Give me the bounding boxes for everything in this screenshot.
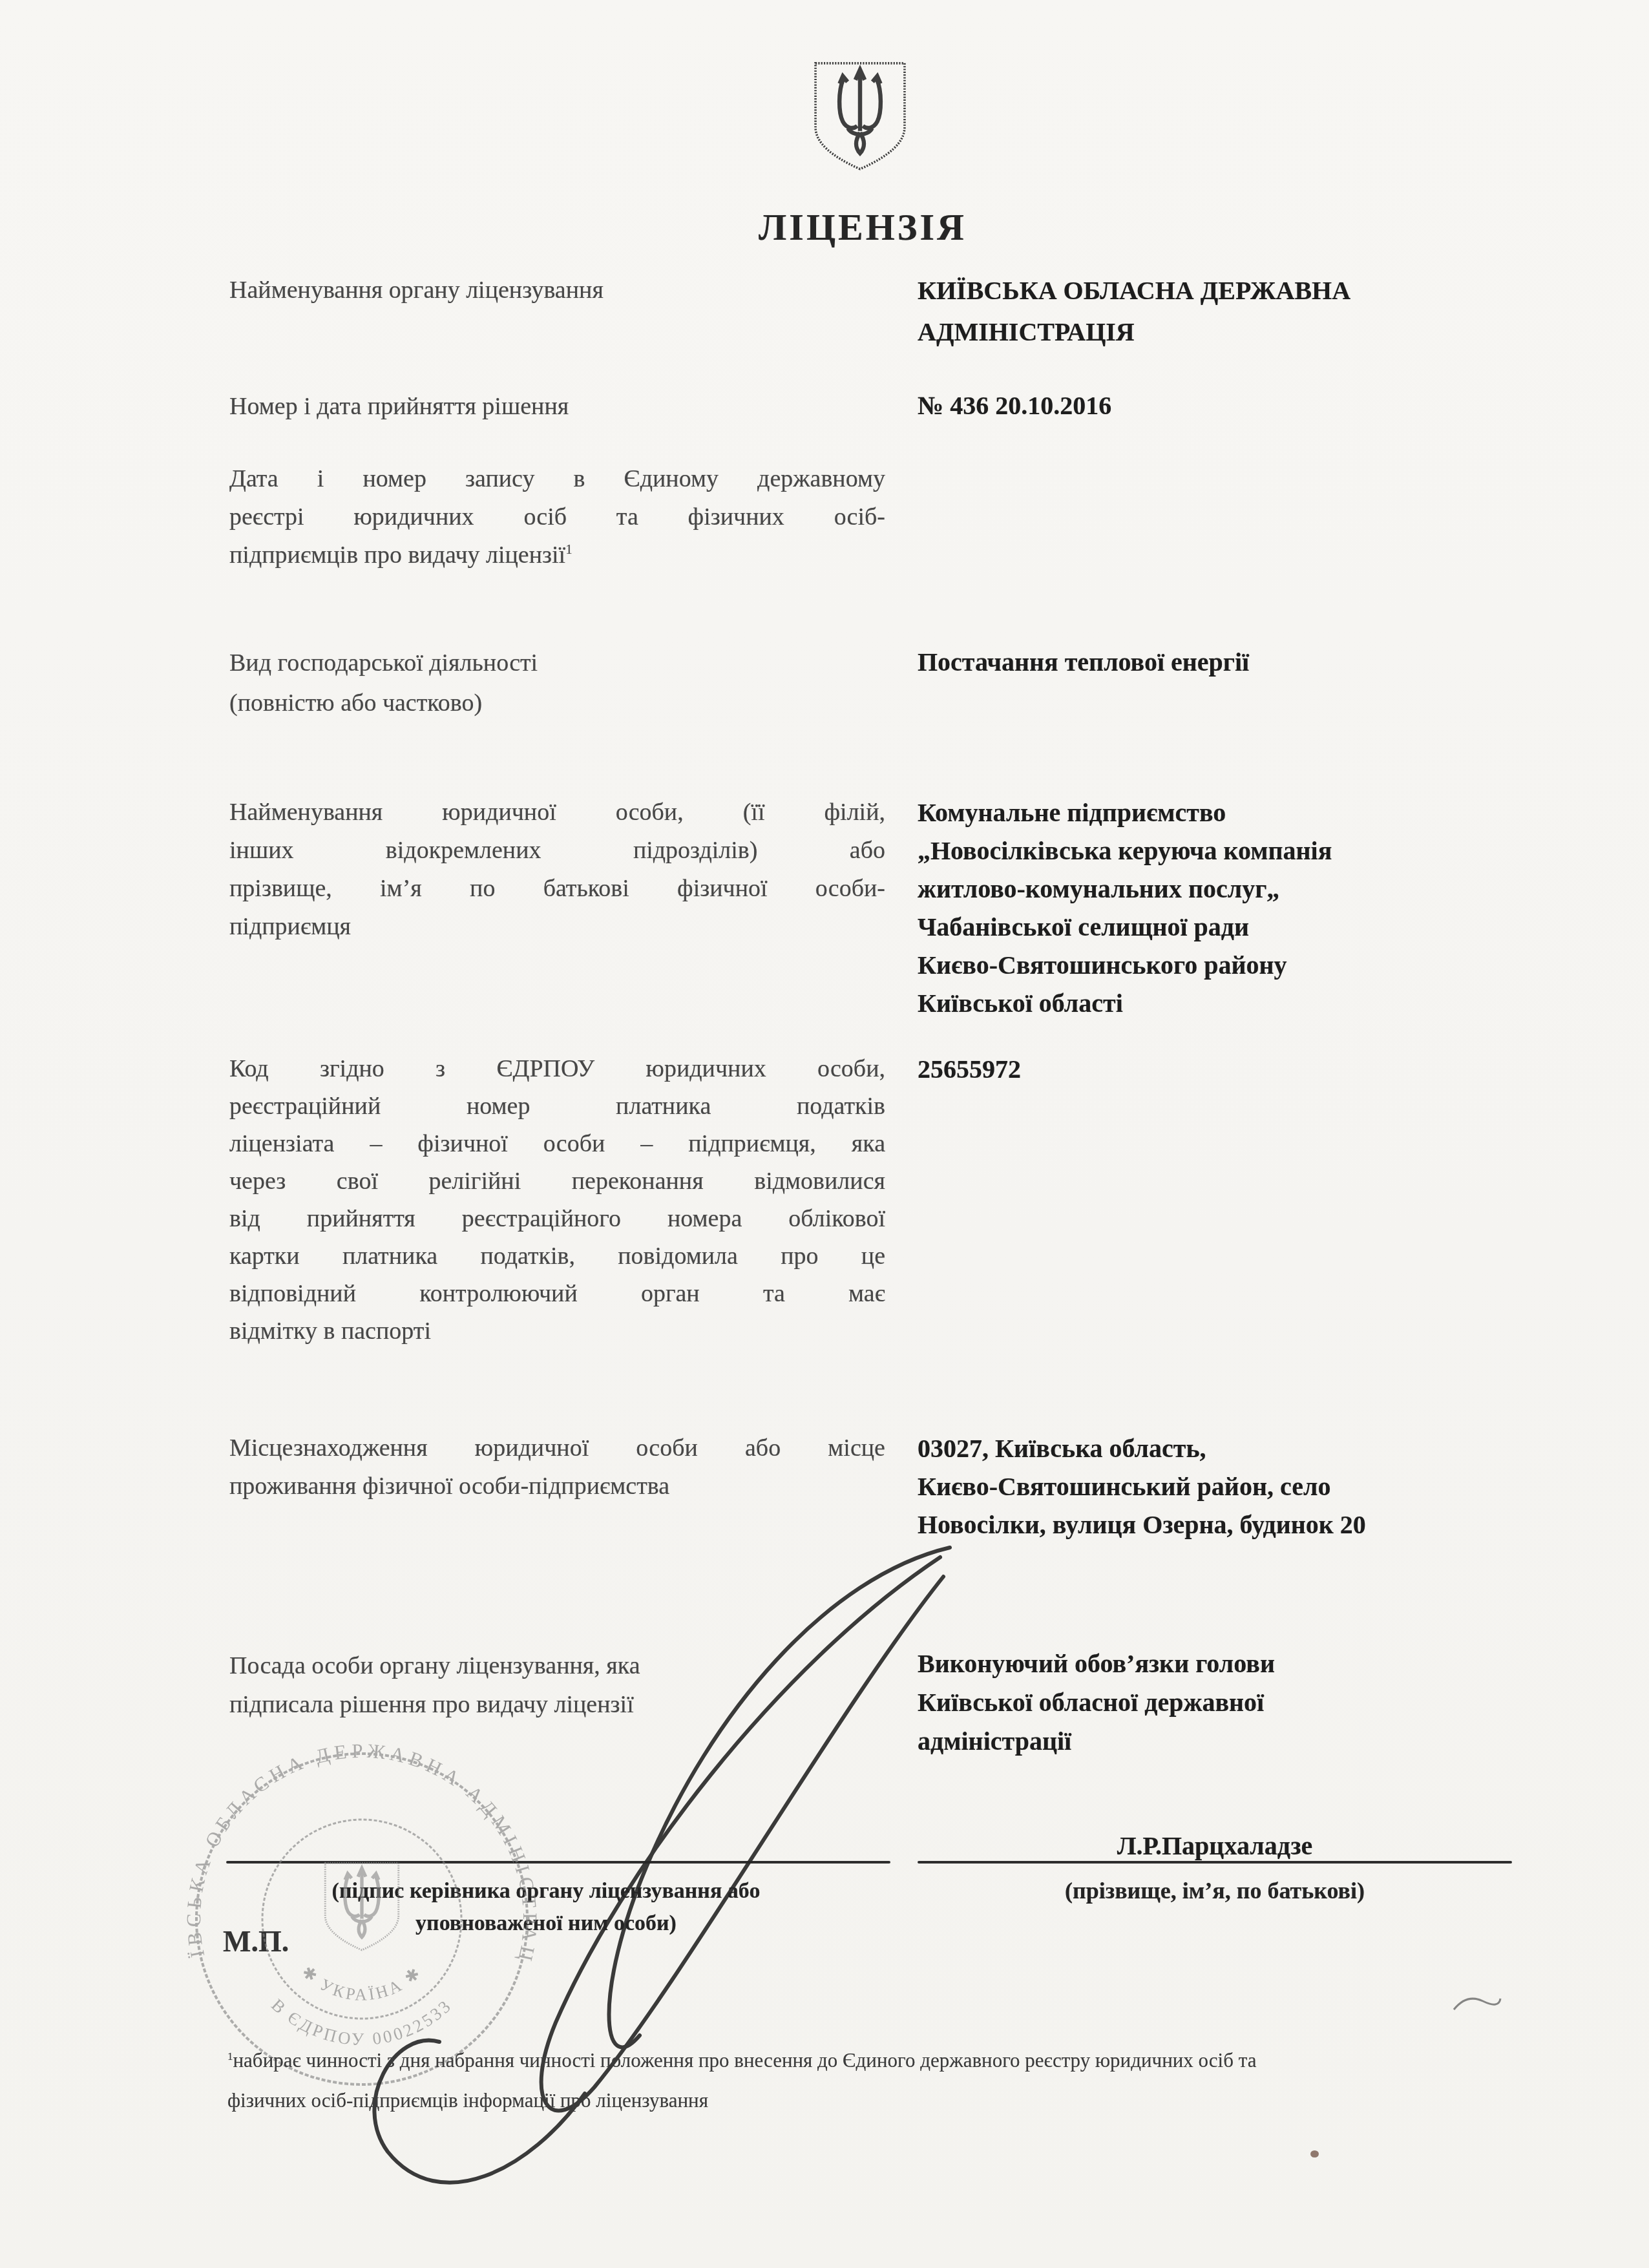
field-label-location: Місцезнаходження юридичної особи або міс… [229, 1429, 885, 1506]
ukraine-trident-icon [809, 57, 911, 174]
field-value-decision-number-date: № 436 20.10.2016 [918, 386, 1531, 425]
field-label-decision-number-date: Номер і дата прийняття рішення [229, 388, 885, 426]
footnote-marker: 1 [227, 2050, 233, 2063]
label-line: проживання фізичної особи-підприємства [229, 1467, 885, 1506]
license-document: ЛІЦЕНЗІЯ Найменування органу ліцензуванн… [0, 0, 1649, 2268]
footnote-text: набирає чинності з дня набрання чинності… [227, 2049, 1256, 2112]
pen-tick-mark [1447, 1987, 1506, 2019]
field-value-activity-type: Постачання теплової енергії [918, 643, 1531, 682]
field-value-licensing-authority: КИЇВСЬКА ОБЛАСНА ДЕРЖАВНА АДМІНІСТРАЦІЯ [918, 270, 1531, 353]
label-line: від прийняття реєстраційного номера облі… [229, 1200, 885, 1237]
label-line: картки платника податків, повідомила про… [229, 1237, 885, 1275]
field-label-activity-type: Вид господарської діяльності (повністю а… [229, 643, 885, 723]
ink-dot-artifact [1310, 2150, 1319, 2158]
field-value-edrpou-code: 25655972 [918, 1050, 1531, 1089]
label-line: відмітку в паспорті [229, 1312, 885, 1350]
field-label-licensing-authority: Найменування органу ліцензування [229, 271, 885, 310]
label-line: реєстрі юридичних осіб та фізичних осіб- [229, 498, 885, 536]
label-line: Найменування юридичної особи, (її філій, [229, 793, 885, 832]
label-line: реєстраційний номер платника податків [229, 1087, 885, 1125]
page-title: ЛІЦЕНЗІЯ [216, 205, 1509, 249]
field-value-location: 03027, Київська область, Києво-Святошинс… [918, 1429, 1531, 1544]
handwritten-signature [310, 1531, 1021, 2242]
field-value-legal-entity-name: Комунальне підприємство „Новосілківська … [918, 793, 1531, 1022]
label-line: інших відокремлених підрозділів) або [229, 832, 885, 870]
field-label-legal-entity-name: Найменування юридичної особи, (її філій,… [229, 793, 885, 946]
label-line: підприємця [229, 908, 885, 946]
label-line: прізвище, ім’я по батькові фізичної особ… [229, 870, 885, 908]
label-line: підприємців про видачу ліцензії1 [229, 536, 885, 574]
field-label-registry-record: Дата і номер запису в Єдиному державному… [229, 460, 885, 574]
label-line: ліцензіата – фізичної особи – підприємця… [229, 1125, 885, 1162]
footnote: 1набирає чинності з дня набрання чинност… [227, 2041, 1597, 2121]
label-line: Код згідно з ЄДРПОУ юридичних особи, [229, 1050, 885, 1087]
field-label-edrpou-code: Код згідно з ЄДРПОУ юридичних особи, реє… [229, 1050, 885, 1350]
label-line: через свої релігійні переконання відмови… [229, 1162, 885, 1200]
label-line: відповідний контролюючий орган та має [229, 1275, 885, 1312]
footnote-reference: 1 [565, 541, 572, 557]
label-line: Місцезнаходження юридичної особи або міс… [229, 1429, 885, 1467]
label-line: Дата і номер запису в Єдиному державному [229, 460, 885, 498]
